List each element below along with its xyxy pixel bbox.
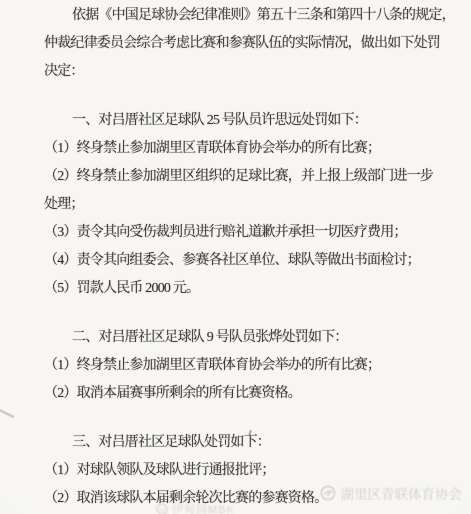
document-line: 处理； [44,191,451,219]
document-body: 依据《中国足球协会纪律准则》第五十三条和第四十八条的规定，仲裁纪律委员会综合考虑… [44,2,451,513]
document-line: （2）取消本届赛事所剩余的所有比赛资格。 [44,380,451,408]
document-line: （2）取消该球队本届剩余轮次比赛的参赛资格。 [44,485,451,513]
document-line: （3）责令其向受伤裁判员进行赔礼道歉并承担一切医疗费用； [44,219,451,247]
document-line: 二、对吕厝社区足球队 9 号队员张烨处罚如下： [44,324,451,352]
document-line: （5）罚款人民币 2000 元。 [44,275,451,303]
document-line: （4）责令其向组委会、参赛各社区单位、球队等做出书面检讨； [44,247,451,275]
document-line: 依据《中国足球协会纪律准则》第五十三条和第四十八条的规定， [44,2,451,30]
scan-artifact-scratch [0,408,14,418]
document-line: 决定： [44,58,451,86]
document-line: 三、对吕厝社区足球队处罚如下： [44,429,451,457]
document-line: （2）终身禁止参加湖里区组织的足球比赛，并上报上级部门进一步 [44,163,451,191]
document-line: （1）终身禁止参加湖里区青联体育协会举办的所有比赛； [44,135,451,163]
document-line: 仲裁纪律委员会综合考虑比赛和参赛队伍的实际情况，做出如下处罚 [44,30,451,58]
document-line: 一、对吕厝社区足球队 25 号队员许思远处罚如下： [44,107,451,135]
document-line: （1）对球队领队及球队进行通报批评； [44,457,451,485]
document-line: （1）终身禁止参加湖里区青联体育协会举办的所有比赛； [44,352,451,380]
scanned-document-page: 依据《中国足球协会纪律准则》第五十三条和第四十八条的规定，仲裁纪律委员会综合考虑… [0,0,471,514]
